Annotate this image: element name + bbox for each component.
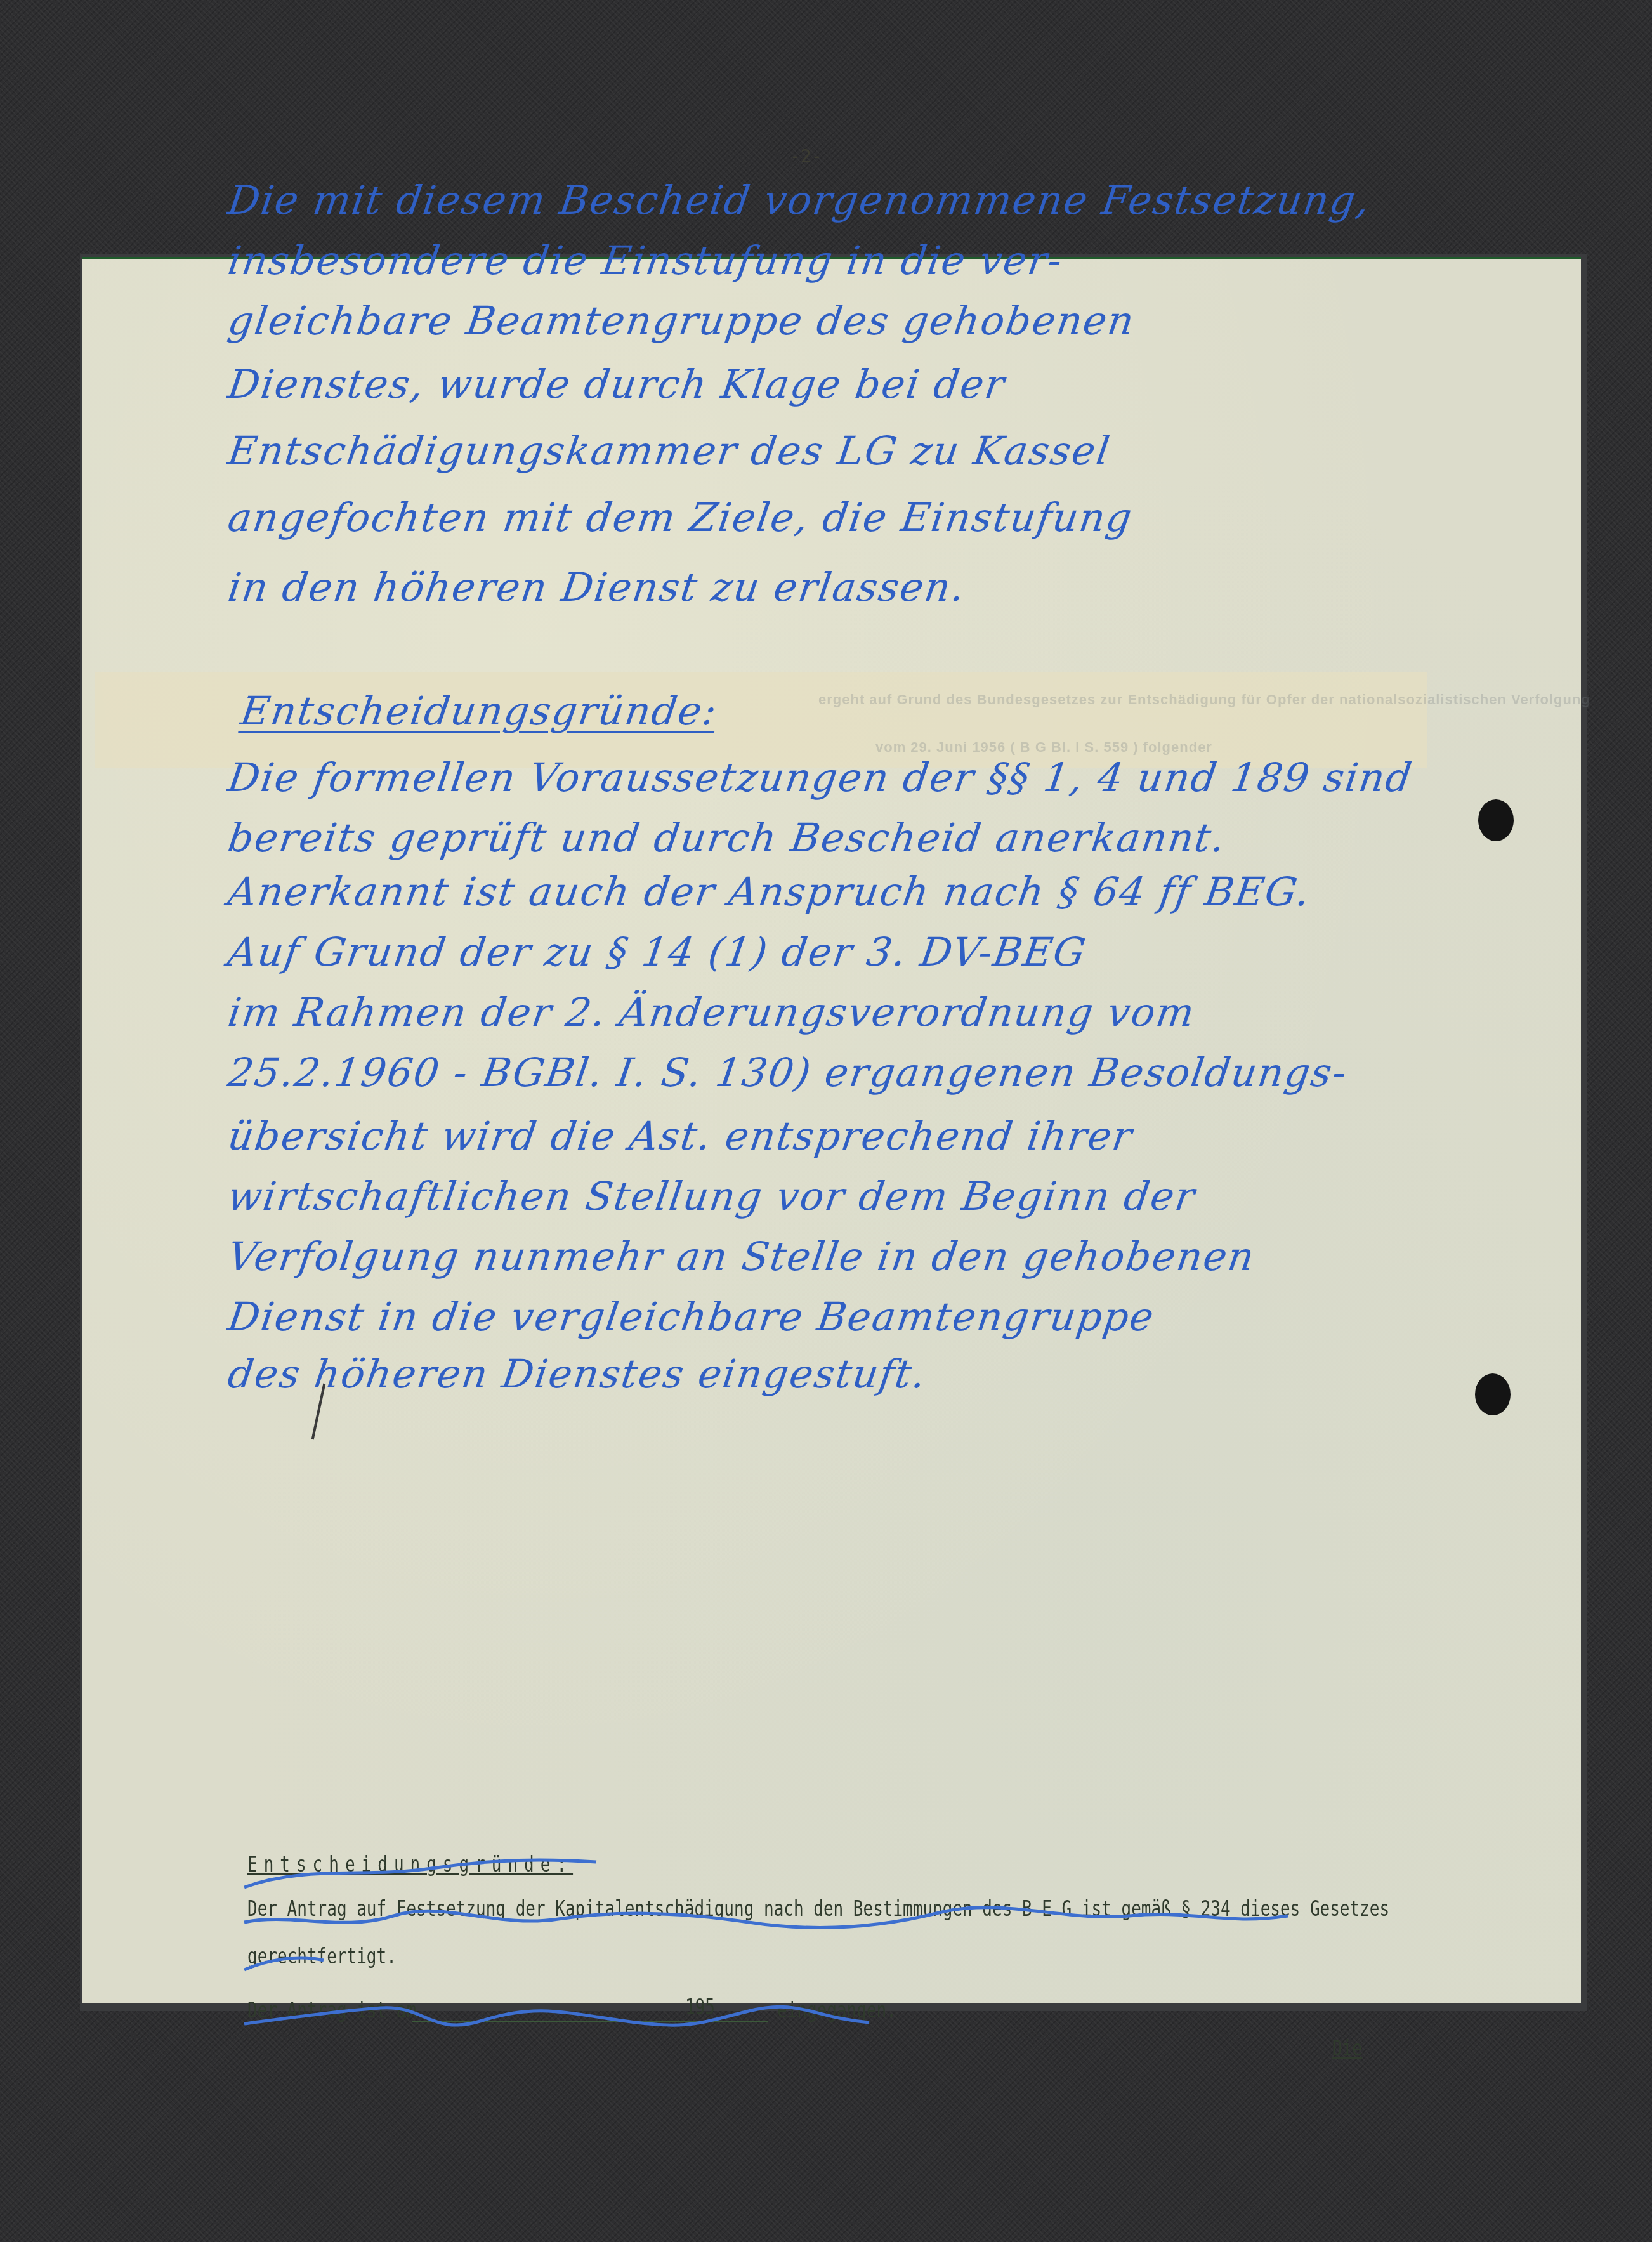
hand-line: 25.2.1960 - BGBl. I. S. 130) ergangenen …: [225, 1044, 1351, 1102]
typed-line-1: Der Antrag auf Festsetzung der Kapitalen…: [247, 1898, 1389, 1922]
section-heading-text: Entscheidungsgründe:: [238, 688, 721, 734]
hand-line: Verfolgung nunmehr an Stelle in den geho…: [225, 1228, 1259, 1286]
hand-line: des höheren Dienstes eingestuft.: [225, 1345, 931, 1403]
typed-line-2: gerechtfertigt.: [247, 1945, 397, 1970]
hand-line: insbesondere die Einstufung in die ver-: [225, 232, 1067, 290]
hand-line: Dienstes, wurde durch Klage bei der: [225, 355, 1009, 414]
typed-continuation: Die: [1332, 2037, 1362, 2062]
hand-line: Die formellen Voraussetzungen der §§ 1, …: [225, 749, 1417, 807]
bleedthrough-line-1: ergeht auf Grund des Bundesgesetzes zur …: [818, 692, 1590, 708]
punch-hole-upper: [1478, 799, 1514, 841]
hand-line: Die mit diesem Bescheid vorgenommene Fes…: [225, 171, 1375, 230]
hand-line: gleichbare Beamtengruppe des gehobenen: [225, 292, 1139, 350]
hand-line: wirtschaftlichen Stellung vor dem Beginn…: [225, 1167, 1200, 1226]
hand-line: Auf Grund der zu § 14 (1) der 3. DV-BEG: [225, 923, 1091, 981]
hand-line: angefochten mit dem Ziele, die Einstufun…: [225, 488, 1137, 547]
page-number: -2-: [790, 146, 822, 167]
hand-line: im Rahmen der 2. Änderungsverordnung vom: [225, 983, 1199, 1042]
hand-line: übersicht wird die Ast. entsprechend ihr…: [225, 1107, 1137, 1165]
hand-line: Entschädigungskammer des LG zu Kassel: [225, 422, 1115, 480]
hand-line: in den höheren Dienst zu erlassen.: [225, 558, 969, 617]
hand-line: Dienst in die vergleichbare Beamtengrupp…: [225, 1288, 1159, 1346]
punch-hole-lower: [1475, 1373, 1511, 1415]
typed-line-3-prefix: Der Antrag ist am: [247, 1999, 416, 2024]
hand-line: bereits geprüft und durch Bescheid anerk…: [225, 809, 1230, 867]
typed-line-3-suffix: eingegangen.: [777, 1999, 896, 2024]
typed-heading: Entscheidungsgründe:: [247, 1853, 573, 1878]
section-heading: Entscheidungsgründe:: [237, 682, 722, 740]
typed-line-3-year: 195: [685, 1996, 715, 2021]
hand-line: Anerkannt ist auch der Anspruch nach § 6…: [225, 863, 1314, 921]
date-blank-line: [412, 2021, 768, 2022]
